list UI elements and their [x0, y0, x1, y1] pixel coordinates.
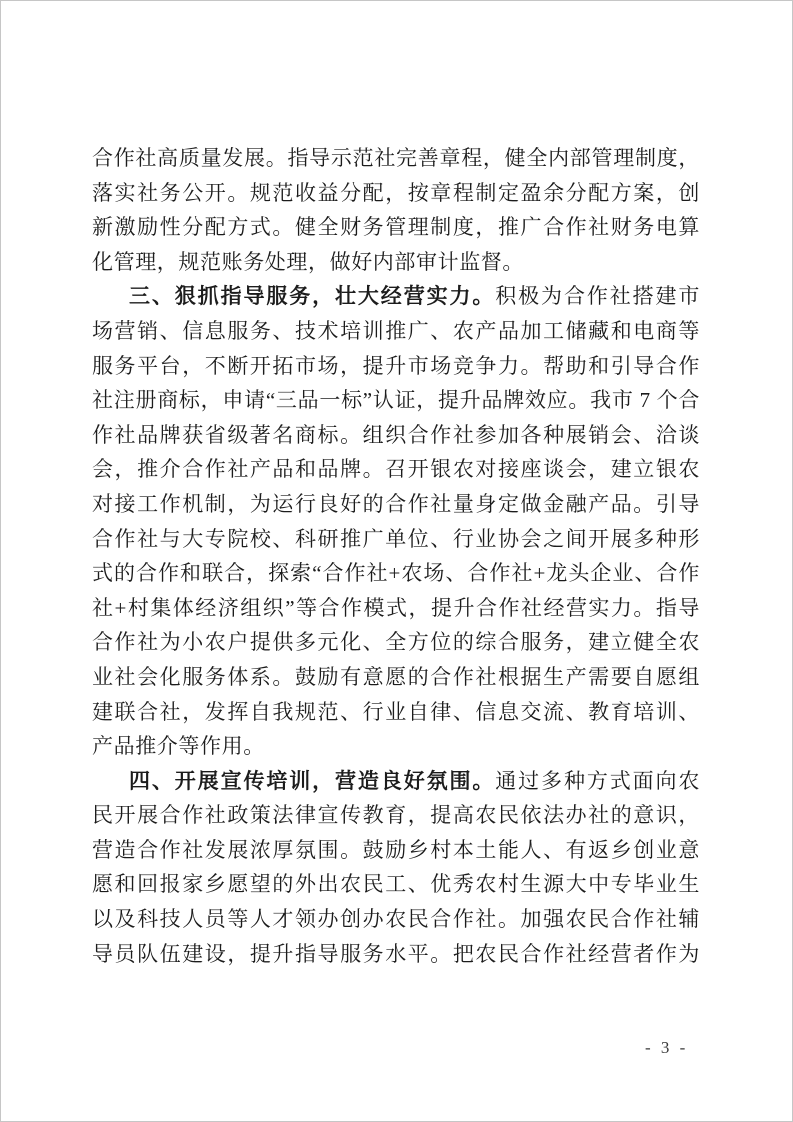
text-line: 愿和回报家乡愿望的外出农民工、优秀农村生源大中专毕业生 [92, 867, 700, 902]
text-line: 社注册商标，申请“三品一标”认证，提升品牌效应。我市 7 个合 [92, 383, 700, 418]
text-line: 民开展合作社政策法律宣传教育，提高农民依法办社的意识， [92, 798, 700, 833]
text-line: 合作社为小农户提供多元化、全方位的综合服务，建立健全农 [92, 625, 700, 660]
section-heading-three: 三、狠抓指导服务，壮大经营实力。 [129, 285, 495, 308]
text-line: 营造合作社发展浓厚氛围。鼓励乡村本土能人、有返乡创业意 [92, 833, 700, 868]
text-line: 业社会化服务体系。鼓励有意愿的合作社根据生产需要自愿组 [92, 660, 700, 695]
text-line: 以及科技人员等人才领办创办农民合作社。加强农民合作社辅 [92, 902, 700, 937]
text-line: 三、狠抓指导服务，壮大经营实力。积极为合作社搭建市 [92, 279, 700, 314]
text-line: 对接工作机制，为运行良好的合作社量身定做金融产品。引导 [92, 487, 700, 522]
text-line: 四、开展宣传培训，营造良好氛围。通过多种方式面向农 [92, 764, 700, 799]
text-line: 合作社高质量发展。指导示范社完善章程，健全内部管理制度， [92, 141, 700, 176]
page-number: - 3 - [645, 1038, 688, 1058]
section-heading-four: 四、开展宣传培训，营造良好氛围。 [129, 770, 495, 793]
document-page: 合作社高质量发展。指导示范社完善章程，健全内部管理制度， 落实社务公开。规范收益… [0, 0, 793, 1122]
section-lead-text: 通过多种方式面向农 [495, 769, 700, 793]
section-lead-text: 积极为合作社搭建市 [495, 284, 700, 308]
text-line: 作社品牌获省级著名商标。组织合作社参加各种展销会、洽谈 [92, 418, 700, 453]
text-line: 服务平台，不断开拓市场，提升市场竞争力。帮助和引导合作 [92, 349, 700, 384]
text-line: 化管理，规范账务处理，做好内部审计监督。 [92, 245, 700, 280]
document-body: 合作社高质量发展。指导示范社完善章程，健全内部管理制度， 落实社务公开。规范收益… [92, 141, 700, 971]
text-line: 场营销、信息服务、技术培训推广、农产品加工储藏和电商等 [92, 314, 700, 349]
text-line: 新激励性分配方式。健全财务管理制度，推广合作社财务电算 [92, 210, 700, 245]
text-line: 合作社与大专院校、科研推广单位、行业协会之间开展多种形 [92, 522, 700, 557]
text-line: 导员队伍建设，提升指导服务水平。把农民合作社经营者作为 [92, 937, 700, 972]
text-line: 产品推介等作用。 [92, 729, 700, 764]
text-line: 建联合社，发挥自我规范、行业自律、信息交流、教育培训、 [92, 695, 700, 730]
text-line: 社+村集体经济组织”等合作模式，提升合作社经营实力。指导 [92, 591, 700, 626]
text-line: 式的合作和联合，探索“合作社+农场、合作社+龙头企业、合作 [92, 556, 700, 591]
text-line: 落实社务公开。规范收益分配，按章程制定盈余分配方案，创 [92, 176, 700, 211]
text-line: 会，推介合作社产品和品牌。召开银农对接座谈会，建立银农 [92, 452, 700, 487]
